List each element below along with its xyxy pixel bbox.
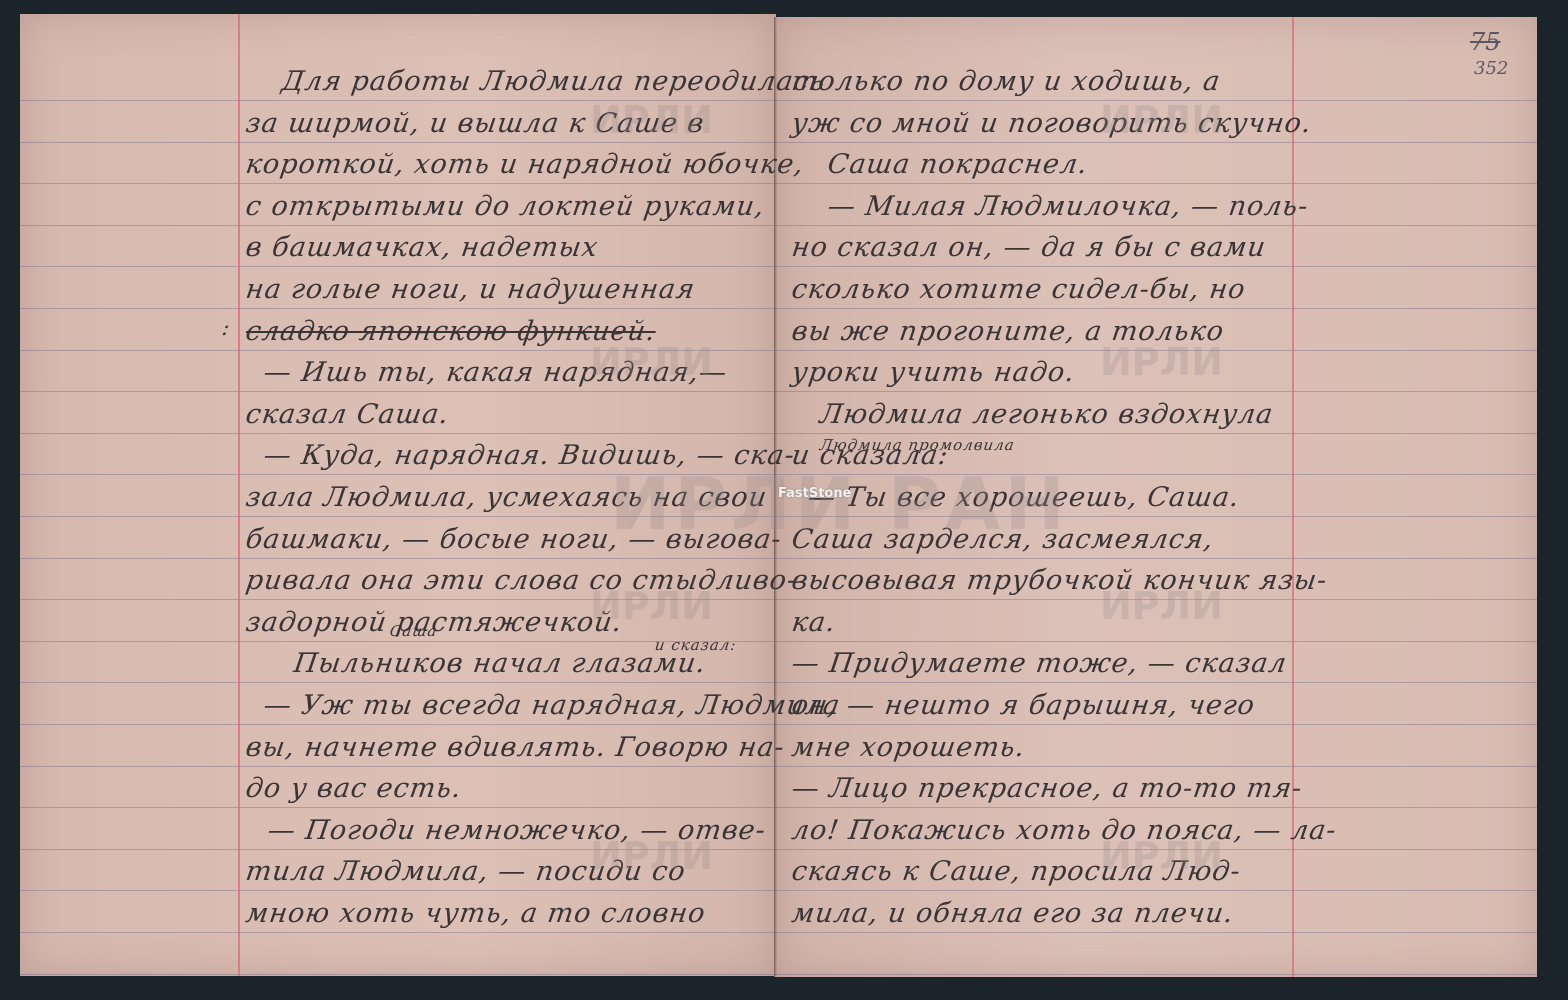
manuscript-line: — Милая Людмилочка, — поль- (826, 191, 1311, 222)
watermark: ИРЛИ (590, 98, 713, 142)
ruled-line (774, 266, 1537, 267)
manuscript-line: сказал Саша. (244, 399, 451, 430)
archive-watermark: ИРЛИ РАН (610, 462, 1069, 546)
ruled-line (774, 974, 1537, 975)
manuscript-line: сколько хотите сидел-бы, но (790, 274, 1248, 305)
manuscript-line: но сказал он, — да я бы с вами (790, 232, 1268, 263)
ruled-line (20, 766, 776, 767)
manuscript-line: вы, начнете вдивлять. Говорю на- (244, 732, 787, 763)
watermark: ИРЛИ (590, 834, 713, 878)
ruled-line (20, 225, 776, 226)
ruled-line (20, 391, 776, 392)
ruled-line (774, 183, 1537, 184)
manuscript-line: с открытыми до локтей руками, (244, 191, 767, 222)
manuscript-line: мила, и обняла его за плечи. (790, 898, 1236, 929)
ruled-line (774, 932, 1537, 933)
ruled-line (774, 308, 1537, 309)
ruled-line (20, 682, 776, 683)
ruled-line (20, 974, 776, 975)
watermark: ИРЛИ (1100, 584, 1223, 628)
manuscript-line: Людмила легонько вздохнула (818, 399, 1276, 430)
ruled-line (774, 225, 1537, 226)
faststone-watermark: FastStone (778, 486, 851, 501)
watermark: ИРЛИ (1100, 98, 1223, 142)
manuscript-line: ка. (790, 607, 838, 638)
manuscript-line: до у вас есть. (244, 773, 464, 804)
ruled-line (20, 558, 776, 559)
watermark: ИРЛИ (1100, 834, 1223, 878)
ruled-line (20, 724, 776, 725)
manuscript-line: Пыльников начал глазами. (292, 648, 708, 679)
manuscript-line: высовывая трубочкой кончик язы- (790, 565, 1330, 596)
insert-lyudmila-promolvila: Людмила промолвила (819, 436, 1016, 454)
manuscript-line: — Придумаете тоже, — сказал (790, 648, 1289, 679)
ruled-line (774, 391, 1537, 392)
manuscript-line: в башмачках, надетых (244, 232, 600, 263)
manuscript-line: короткой, хоть и нарядной юбочке, (244, 149, 806, 180)
manuscript-line: мною хоть чуть, а то словно (244, 898, 708, 929)
ruled-line (20, 142, 776, 143)
ruled-line (774, 724, 1537, 725)
ruled-line (774, 142, 1537, 143)
ruled-line (774, 433, 1537, 434)
insert-i-skazal: и сказал: (654, 636, 738, 654)
ruled-line (774, 641, 1537, 642)
watermark: ИРЛИ (590, 340, 713, 384)
manuscript-line: — Уж ты всегда нарядная, Людмила (262, 690, 843, 721)
watermark: ИРЛИ (590, 584, 713, 628)
manuscript-line: уж со мной и поговорить скучно. (790, 108, 1314, 139)
ruled-line (774, 682, 1537, 683)
manuscript-line: мне хорошеть. (790, 732, 1028, 763)
manuscript-line: Саша покраснел. (826, 149, 1090, 180)
manuscript-line: Для работы Людмила переодилась (280, 66, 828, 97)
ruled-line (774, 558, 1537, 559)
manuscript-line: уроки учить надо. (790, 357, 1077, 388)
manuscript-line: ривала она эти слова со стыдливо- (244, 565, 800, 596)
ruled-line (20, 183, 776, 184)
ruled-line (20, 807, 776, 808)
folio-crossed: 75 (1470, 28, 1501, 56)
manuscript-line: он, — нешто я барышня, чего (790, 690, 1257, 721)
manuscript-line: — Лицо прекрасное, а то-то тя- (790, 773, 1305, 804)
ruled-line (20, 308, 776, 309)
ruled-line (20, 890, 776, 891)
ruled-line (20, 932, 776, 933)
ruled-line (774, 766, 1537, 767)
folio-number: 352 (1474, 58, 1508, 79)
manuscript-line: ло! Покажись хоть до пояса, — ла- (790, 815, 1339, 846)
left-margin-line (238, 14, 240, 976)
watermark: ИРЛИ (1100, 340, 1223, 384)
ruled-line (774, 890, 1537, 891)
ruled-line (20, 266, 776, 267)
insert-sasha: Саша (389, 622, 439, 640)
manuscript-line: только по дому и ходишь, а (790, 66, 1223, 97)
ruled-line (774, 807, 1537, 808)
ruled-line (20, 433, 776, 434)
manuscript-line: на голые ноги, и надушенная (244, 274, 697, 305)
